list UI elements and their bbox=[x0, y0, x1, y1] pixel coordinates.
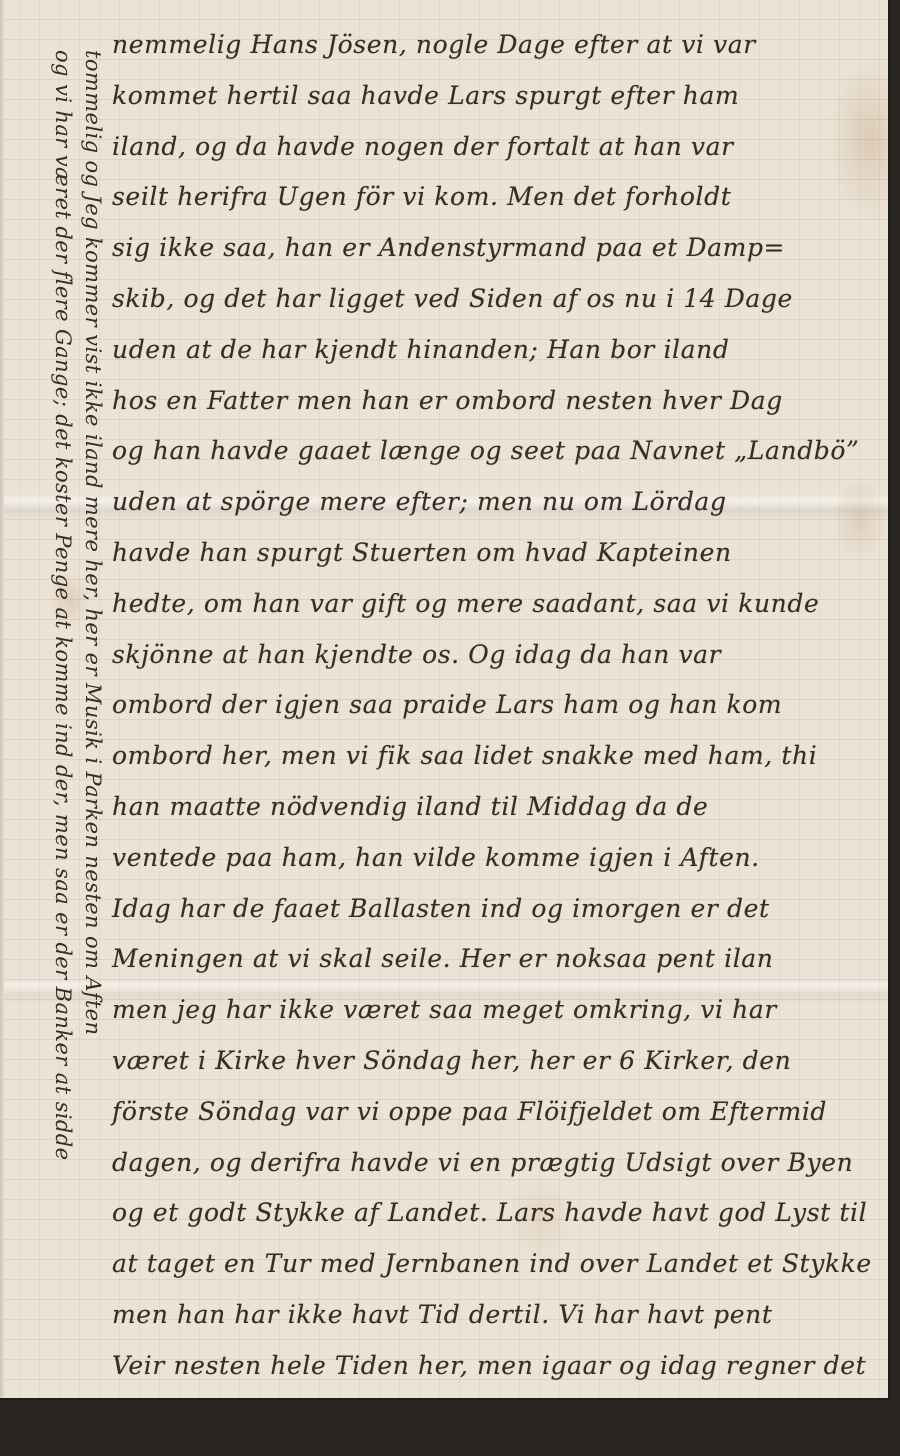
text-line: ombord der igjen saa praide Lars ham og … bbox=[112, 680, 888, 731]
letter-body: nemmelig Hans Jösen, nogle Dage efter at… bbox=[112, 20, 888, 1392]
margin-note-vertical: tommelig og Jeg kommer vist ikke iland m… bbox=[0, 50, 108, 1406]
text-line: nemmelig Hans Jösen, nogle Dage efter at… bbox=[112, 20, 888, 71]
text-line: Veir nesten hele Tiden her, men igaar og… bbox=[112, 1341, 888, 1392]
margin-line: tommelig og Jeg kommer vist ikke iland m… bbox=[78, 50, 108, 1406]
text-line: været i Kirke hver Söndag her, her er 6 … bbox=[112, 1036, 888, 1087]
text-line: hos en Fatter men han er ombord nesten h… bbox=[112, 376, 888, 427]
letter-page: tommelig og Jeg kommer vist ikke iland m… bbox=[0, 0, 890, 1400]
text-line: ombord her, men vi fik saa lidet snakke … bbox=[112, 731, 888, 782]
text-line: kommet hertil saa havde Lars spurgt efte… bbox=[112, 71, 888, 122]
text-line: skib, og det har ligget ved Siden af os … bbox=[112, 274, 888, 325]
text-line: dagen, og derifra havde vi en prægtig Ud… bbox=[112, 1138, 888, 1189]
text-line: Idag har de faaet Ballasten ind og imorg… bbox=[112, 884, 888, 935]
text-line: men han har ikke havt Tid dertil. Vi har… bbox=[112, 1290, 888, 1341]
text-line: han maatte nödvendig iland til Middag da… bbox=[112, 782, 888, 833]
text-line: uden at spörge mere efter; men nu om Lör… bbox=[112, 477, 888, 528]
text-line: og han havde gaaet længe og seet paa Nav… bbox=[112, 426, 888, 477]
margin-line: og vi har været der flere Gange; det kos… bbox=[48, 50, 78, 1406]
text-line: seilt herifra Ugen för vi kom. Men det f… bbox=[112, 172, 888, 223]
text-line: uden at de har kjendt hinanden; Han bor … bbox=[112, 325, 888, 376]
text-line: Meningen at vi skal seile. Her er noksaa… bbox=[112, 934, 888, 985]
text-line: ventede paa ham, han vilde komme igjen i… bbox=[112, 833, 888, 884]
text-line: förste Söndag var vi oppe paa Flöifjelde… bbox=[112, 1087, 888, 1138]
text-line: sig ikke saa, han er Andenstyrmand paa e… bbox=[112, 223, 888, 274]
text-line: iland, og da havde nogen der fortalt at … bbox=[112, 122, 888, 173]
text-line: men jeg har ikke været saa meget omkring… bbox=[112, 985, 888, 1036]
text-line: skjönne at han kjendte os. Og idag da ha… bbox=[112, 630, 888, 681]
text-line: hedte, om han var gift og mere saadant, … bbox=[112, 579, 888, 630]
text-line: at taget en Tur med Jernbanen ind over L… bbox=[112, 1239, 888, 1290]
text-line: havde han spurgt Stuerten om hvad Kaptei… bbox=[112, 528, 888, 579]
text-line: og et godt Stykke af Landet. Lars havde … bbox=[112, 1188, 888, 1239]
